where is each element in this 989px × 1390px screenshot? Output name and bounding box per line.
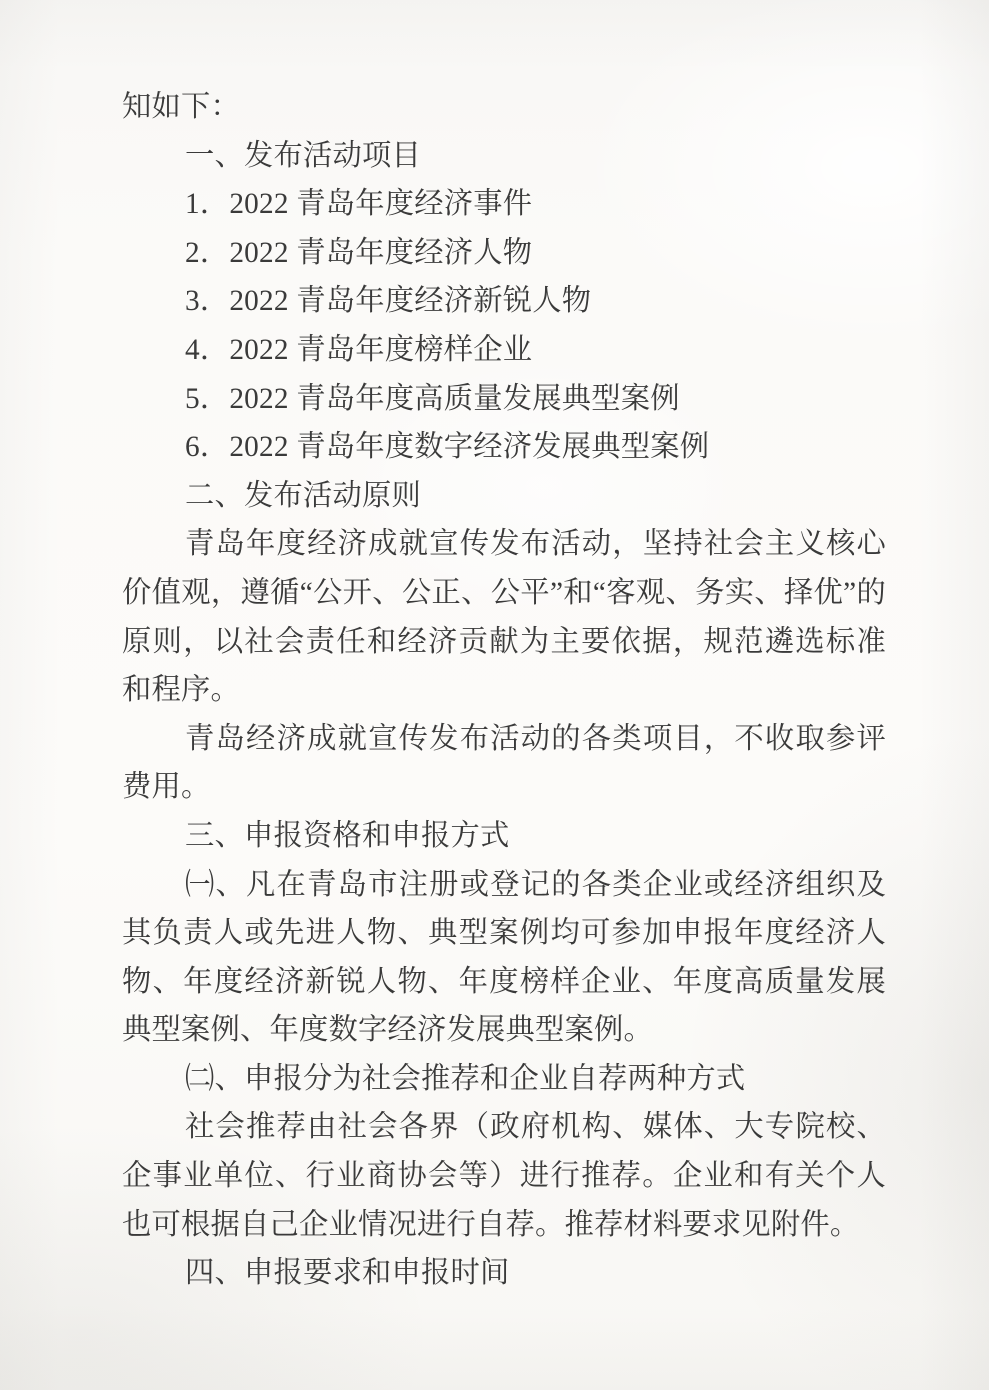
document-paragraph: 二、发布活动原则 <box>122 472 886 521</box>
document-paragraph: 社会推荐由社会各界（政府机构、媒体、大专院校、企事业单位、行业商协会等）进行推荐… <box>122 1103 886 1249</box>
document-paragraph: ㈡、申报分为社会推荐和企业自荐两种方式 <box>122 1055 886 1104</box>
document-body: 知如下：一、发布活动项目1．2022 青岛年度经济事件2．2022 青岛年度经济… <box>122 83 886 1298</box>
document-paragraph: 5．2022 青岛年度高质量发展典型案例 <box>122 375 886 424</box>
document-paragraph: 一、发布活动项目 <box>122 132 886 181</box>
document-paragraph: 青岛经济成就宣传发布活动的各类项目，不收取参评费用。 <box>122 715 886 812</box>
document-paragraph: 1．2022 青岛年度经济事件 <box>122 180 886 229</box>
document-paragraph: 四、申报要求和申报时间 <box>122 1249 886 1298</box>
document-paragraph: 4．2022 青岛年度榜样企业 <box>122 326 886 375</box>
document-paragraph: 3．2022 青岛年度经济新锐人物 <box>122 277 886 326</box>
document-paragraph: 6．2022 青岛年度数字经济发展典型案例 <box>122 423 886 472</box>
document-page: 知如下：一、发布活动项目1．2022 青岛年度经济事件2．2022 青岛年度经济… <box>0 0 989 1390</box>
document-paragraph: 知如下： <box>122 83 886 132</box>
document-paragraph: 三、申报资格和申报方式 <box>122 812 886 861</box>
document-paragraph: 2．2022 青岛年度经济人物 <box>122 229 886 278</box>
document-paragraph: 青岛年度经济成就宣传发布活动，坚持社会主义核心价值观，遵循“公开、公正、公平”和… <box>122 520 886 714</box>
document-paragraph: ㈠、凡在青岛市注册或登记的各类企业或经济组织及其负责人或先进人物、典型案例均可参… <box>122 861 886 1055</box>
